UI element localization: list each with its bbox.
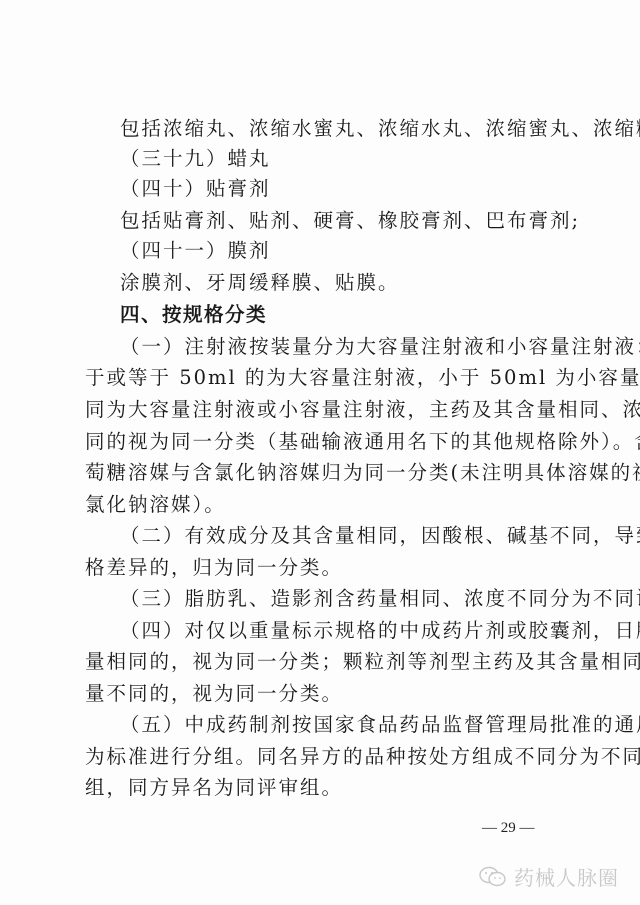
text-line: 同为大容量注射液或小容量注射液，主药及其含量相同、浓度不: [85, 394, 565, 425]
text-line: 涂膜剂、牙周缓释膜、贴膜。: [120, 267, 600, 298]
text-line: 为标准进行分组。同名异方的品种按处方组成不同分为不同评审: [85, 741, 565, 772]
text-line: 格差异的，归为同一分类。: [85, 552, 565, 583]
page-number: — 29 —: [482, 820, 535, 837]
text-line: 包括浓缩丸、浓缩水蜜丸、浓缩水丸、浓缩蜜丸、浓缩糖丸;: [120, 113, 600, 144]
text-line: （三）脂肪乳、造影剂含药量相同、浓度不同分为不同评审组。: [120, 583, 600, 614]
wechat-icon: [478, 865, 508, 889]
text-line: 萄糖溶媒与含氯化钠溶媒归为同一分类(未注明具体溶媒的视同: [85, 457, 565, 488]
text-line: 包括贴膏剂、贴剂、硬膏、橡胶膏剂、巴布膏剂;: [120, 205, 600, 236]
text-line: 量相同的，视为同一分类；颗粒剂等剂型主药及其含量相同、重: [85, 646, 565, 677]
text-line: （四十）贴膏剂: [120, 173, 600, 204]
text-line: （三十九）蜡丸: [120, 143, 600, 174]
text-line: （五）中成药制剂按国家食品药品监督管理局批准的通用名: [120, 709, 600, 740]
document-page: 包括浓缩丸、浓缩水蜜丸、浓缩水丸、浓缩蜜丸、浓缩糖丸;（三十九）蜡丸（四十）贴膏…: [0, 0, 640, 905]
text-line: （二）有效成分及其含量相同，因酸根、碱基不同，导致规: [120, 520, 600, 551]
text-line: 组，同方异名为同评审组。: [85, 772, 565, 803]
text-line: （一）注射液按装量分为大容量注射液和小容量注射液：大: [120, 331, 600, 362]
section-heading: 四、按规格分类: [120, 299, 600, 330]
text-line: 同的视为同一分类（基础输液通用名下的其他规格除外）。含葡: [85, 426, 565, 457]
watermark-text: 药械人脉圈: [514, 862, 619, 891]
text-line: （四十一）膜剂: [120, 235, 600, 266]
watermark: 药械人脉圈: [478, 862, 619, 891]
text-line: 于或等于 50ml 的为大容量注射液，小于 50ml 为小容量注射液。: [85, 362, 565, 393]
text-line: 量不同的，视为同一分类。: [85, 678, 565, 709]
text-line: 氯化钠溶媒）。: [85, 489, 565, 520]
text-line: （四）对仅以重量标示规格的中成药片剂或胶囊剂，日服用: [120, 615, 600, 646]
